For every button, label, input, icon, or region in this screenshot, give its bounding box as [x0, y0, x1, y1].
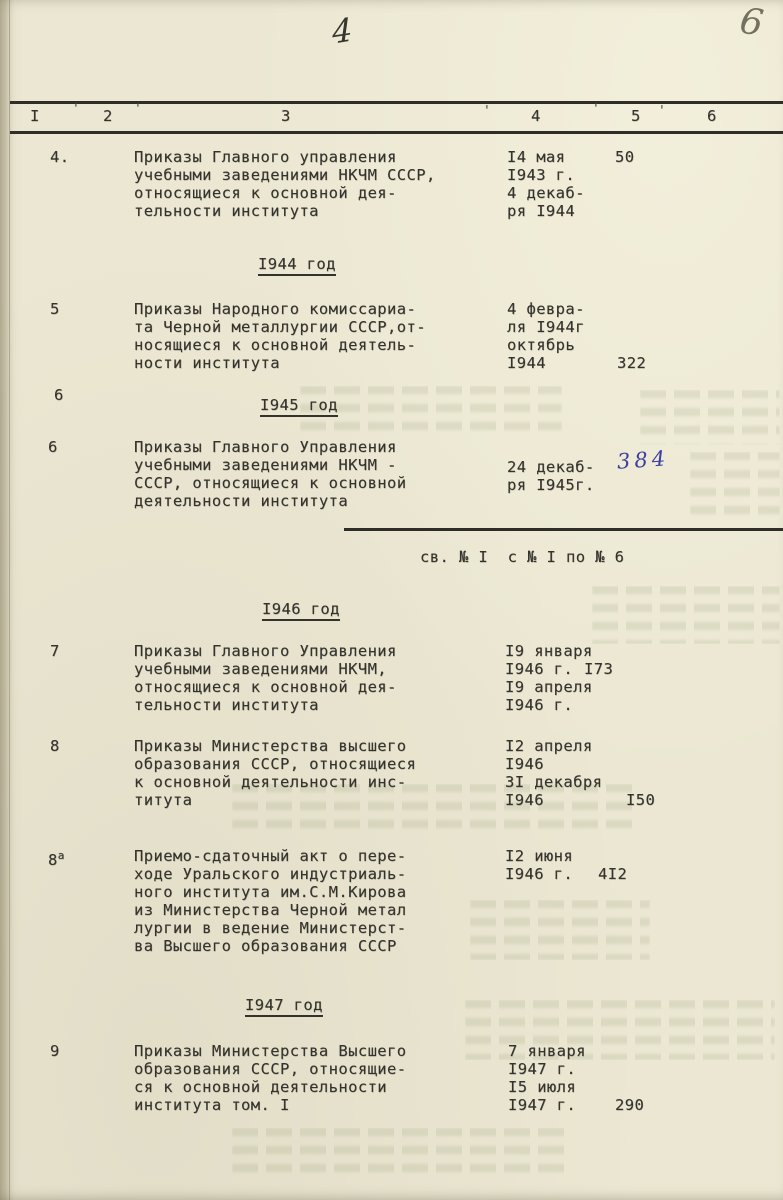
bleed-through-text [470, 900, 650, 960]
entry-sheet-count: 4I2 [598, 865, 627, 883]
table-header-top-rule [10, 101, 783, 104]
margin-mark: 6 [54, 386, 64, 404]
bleed-through-text [592, 586, 780, 644]
entry-number: 8а [48, 847, 65, 869]
column-header-6: 6 [707, 107, 717, 125]
entry-number: 8 [50, 737, 60, 755]
entry-title: Приемо-сдаточный акт о пере-ходе Уральск… [134, 847, 407, 955]
entry-sheet-count: I50 [626, 791, 655, 809]
entry-number-base: 8 [48, 851, 58, 869]
column-tick: ' [592, 102, 600, 117]
entry-title: Приказы Главного Управленияучебными заве… [134, 438, 407, 510]
handwritten-corner-number: 6 [737, 0, 766, 44]
entry-sheet-count: I73 [584, 660, 613, 678]
column-tick: ' [658, 104, 666, 119]
entry-dates: I4 маяI943 г.4 декаб-ря I944 [507, 148, 585, 220]
entry-dates: 24 декаб-ря I945г. [507, 458, 595, 494]
column-header-5: 5 [631, 107, 641, 125]
year-heading-1944: I944 год [258, 255, 336, 276]
entry-dates: 7 январяI947 г.I5 июляI947 г. [508, 1042, 586, 1114]
scanned-archive-page: 4 6 ' ' ' ' ' I 2 3 4 5 6 4. Приказы Гла… [0, 0, 783, 1200]
bleed-through-text [232, 1128, 570, 1180]
entry-number: 4. [50, 148, 69, 166]
entry-number: 7 [50, 642, 60, 660]
handwritten-sheet-count: 384 [616, 446, 670, 474]
column-header-3: 3 [281, 107, 291, 125]
entry-dates: 4 февра-ля I944гоктябрьI944 [507, 300, 585, 372]
table-header-bottom-rule [10, 131, 783, 134]
handwritten-page-number: 4 [331, 10, 353, 51]
entry-dates: I2 апреляI9463I декабряI946 [505, 737, 602, 809]
page-binding-crease [9, 0, 10, 1200]
bleed-through-text [690, 452, 780, 524]
year-heading-1946: I946 год [262, 600, 340, 621]
bundle-divider-rule [344, 528, 783, 531]
entry-dates: I9 январяI946 г.I9 апреляI946 г. [505, 642, 593, 714]
entry-number: 5 [50, 300, 60, 318]
column-tick: ' [483, 104, 491, 119]
bleed-through-text [300, 386, 562, 432]
entry-title: Приказы Главного Управленияучебными заве… [134, 642, 397, 714]
entry-title: Приказы Главного управленияучебными заве… [134, 148, 436, 220]
bleed-through-text [640, 390, 780, 445]
entry-number: 6 [48, 438, 58, 456]
entry-sheet-count: 290 [615, 1096, 644, 1114]
entry-sheet-count: 50 [615, 148, 634, 166]
entry-number-suffix: а [58, 849, 65, 862]
year-heading-1945: I945 год [260, 396, 338, 417]
column-header-4: 4 [531, 107, 541, 125]
column-header-1: I [30, 107, 40, 125]
entry-sheet-count: 322 [617, 354, 646, 372]
column-tick: ' [72, 102, 80, 117]
bundle-note: св. № I с № I по № 6 [420, 548, 624, 566]
entry-title: Приказы Министерства Высшегообразования … [134, 1042, 407, 1114]
entry-dates: I2 июняI946 г. [505, 847, 573, 883]
column-header-2: 2 [103, 107, 113, 125]
entry-title: Приказы Народного комиссариа-та Черной м… [134, 300, 426, 372]
entry-title: Приказы Министерства высшегообразования … [134, 737, 416, 809]
year-heading-1947: I947 год [245, 996, 323, 1017]
entry-number: 9 [50, 1042, 60, 1060]
column-tick: ' [134, 102, 142, 117]
